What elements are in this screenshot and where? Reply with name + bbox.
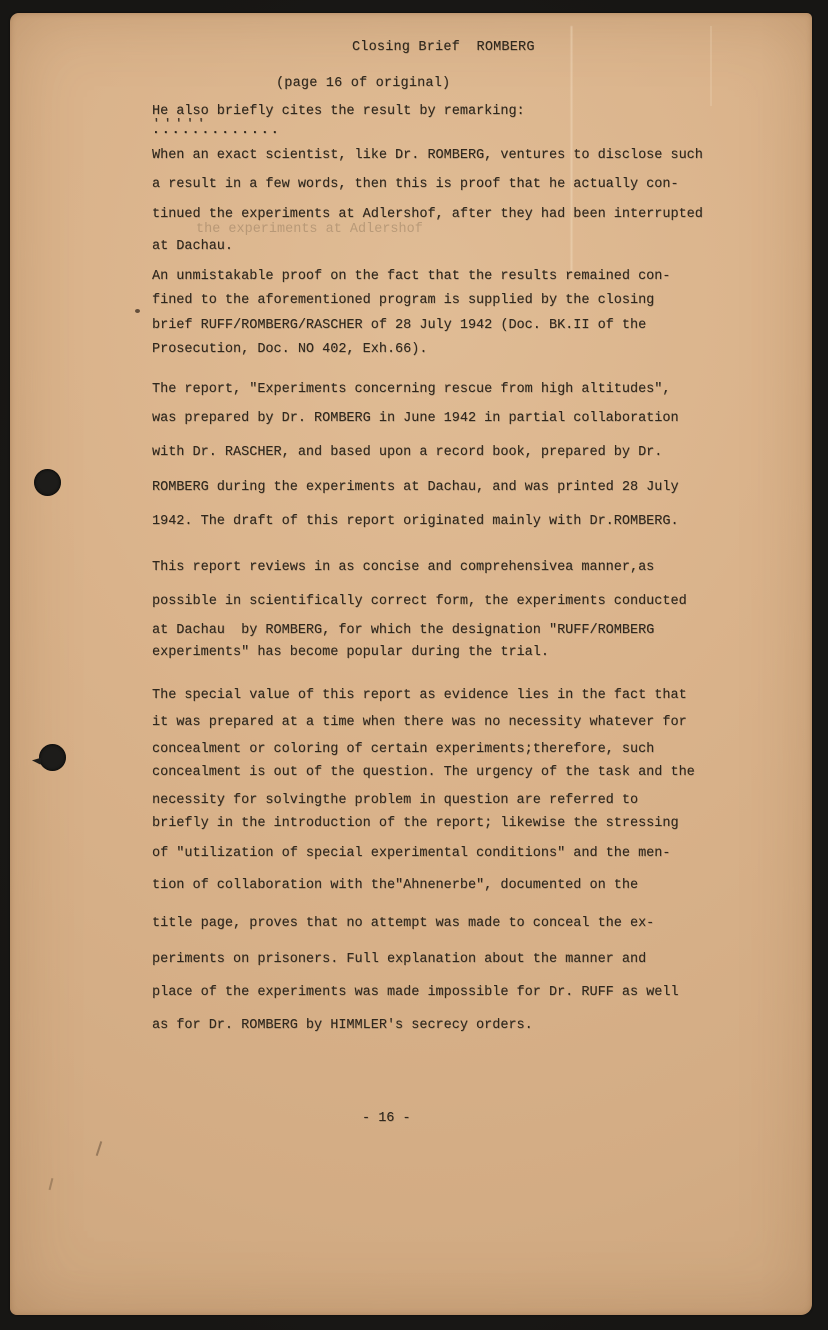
text-line: was prepared by Dr. ROMBERG in June 1942…: [152, 411, 679, 427]
text-line: it was prepared at a time when there was…: [152, 715, 687, 731]
text-line: a result in a few words, then this is pr…: [152, 177, 679, 193]
document-title: Closing Brief ROMBERG: [352, 40, 535, 56]
text-line: possible in scientifically correct form,…: [152, 594, 687, 610]
text-line: necessity for solvingthe problem in ques…: [152, 793, 638, 809]
text-line: periments on prisoners. Full explanation…: [152, 952, 646, 968]
scanner-background: Closing Brief ROMBERG(page 16 of origina…: [0, 0, 828, 1330]
text-line: brief RUFF/ROMBERG/RASCHER of 28 July 19…: [152, 318, 646, 334]
text-line: tion of collaboration with the"Ahnenerbe…: [152, 878, 638, 894]
text-line: ROMBERG during the experiments at Dachau…: [152, 480, 679, 496]
page-number: - 16 -: [362, 1111, 411, 1127]
text-line: of "utilization of special experimental …: [152, 846, 670, 862]
text-line: experiments" has become popular during t…: [152, 645, 549, 661]
text-line: This report reviews in as concise and co…: [152, 560, 654, 576]
text-line: as for Dr. ROMBERG by HIMMLER's secrecy …: [152, 1018, 533, 1034]
text-line: concealment or coloring of certain exper…: [152, 742, 654, 758]
text-line: at Dachau by ROMBERG, for which the desi…: [152, 623, 654, 639]
text-line: tinued the experiments at Adlershof, aft…: [152, 207, 703, 223]
text-line: at Dachau.: [152, 239, 233, 255]
text-line: place of the experiments was made imposs…: [152, 985, 679, 1001]
text-line: The report, "Experiments concerning resc…: [152, 382, 670, 398]
text-line: title page, proves that no attempt was m…: [152, 916, 654, 932]
text-line: 1942. The draft of this report originate…: [152, 514, 679, 530]
text-line: concealment is out of the question. The …: [152, 765, 695, 781]
document-subtitle: (page 16 of original): [276, 76, 450, 92]
text-line: fined to the aforementioned program is s…: [152, 293, 654, 309]
text-line: briefly in the introduction of the repor…: [152, 816, 679, 832]
text-line: The special value of this report as evid…: [152, 688, 687, 704]
text-line: Prosecution, Doc. NO 402, Exh.66).: [152, 342, 427, 358]
typewritten-text: Closing Brief ROMBERG(page 16 of origina…: [0, 0, 828, 1330]
dotted-line: .............: [152, 122, 281, 138]
ghost-overstrike-line: the experiments at Adlershof: [196, 222, 423, 238]
text-line: with Dr. RASCHER, and based upon a recor…: [152, 445, 662, 461]
text-line: An unmistakable proof on the fact that t…: [152, 269, 670, 285]
text-line: When an exact scientist, like Dr. ROMBER…: [152, 148, 703, 164]
